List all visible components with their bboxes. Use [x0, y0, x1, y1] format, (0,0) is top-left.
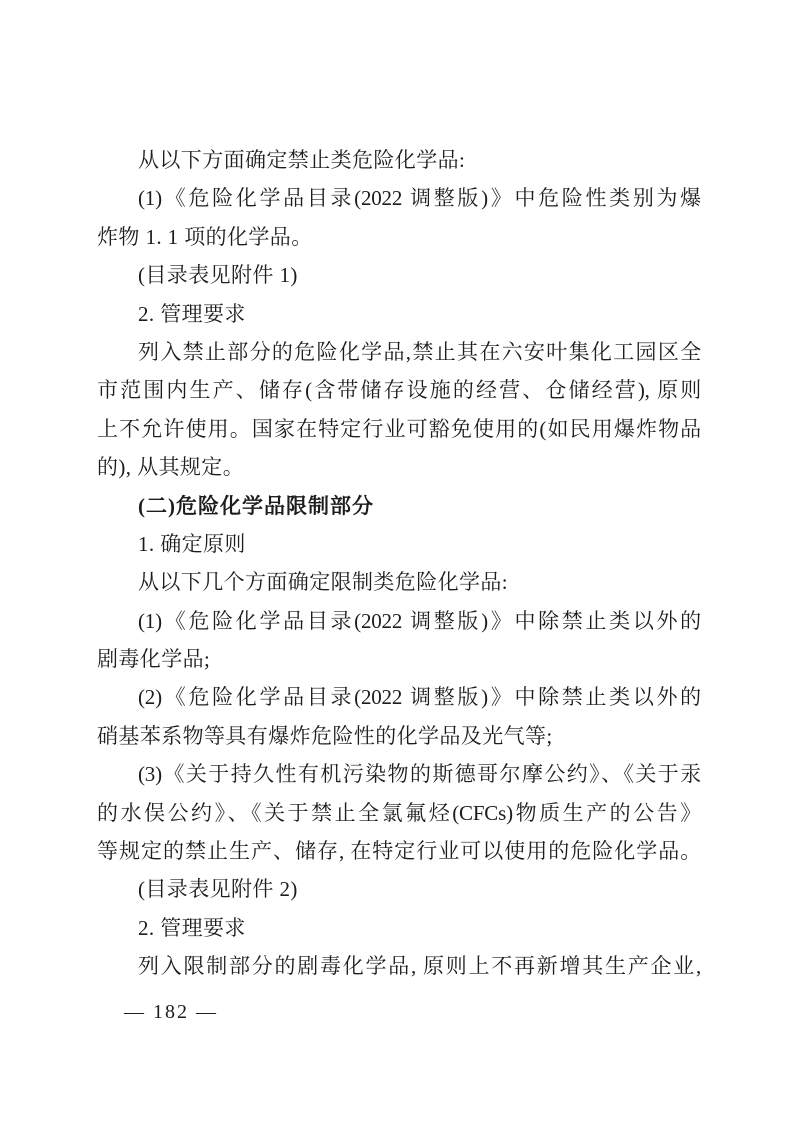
text-line: 列入禁止部分的危险化学品,禁止其在六安叶集化工园区全	[97, 333, 701, 371]
text-line: 等规定的禁止生产、储存, 在特定行业可以使用的危险化学品。	[97, 832, 701, 870]
text-line: 从以下几个方面确定限制类危险化学品:	[97, 563, 701, 601]
document-body: 从以下方面确定禁止类危险化学品: (1)《危险化学品目录(2022 调整版)》中…	[97, 141, 701, 986]
text-line: 的), 从其规定。	[97, 448, 701, 486]
text-line: 市范围内生产、储存(含带储存设施的经营、仓储经营), 原则	[97, 371, 701, 409]
text-line: (目录表见附件 2)	[97, 870, 701, 908]
text-line: (1)《危险化学品目录(2022 调整版)》中危险性类别为爆	[97, 179, 701, 217]
list-item-heading: 2. 管理要求	[97, 909, 701, 947]
text-line: (1)《危险化学品目录(2022 调整版)》中除禁止类以外的	[97, 602, 701, 640]
text-line: (2)《危险化学品目录(2022 调整版)》中除禁止类以外的	[97, 678, 701, 716]
list-item-heading: 1. 确定原则	[97, 525, 701, 563]
text-line: (目录表见附件 1)	[97, 256, 701, 294]
page-number: — 182 —	[124, 997, 218, 1027]
text-line: 列入限制部分的剧毒化学品, 原则上不再新增其生产企业,	[97, 947, 701, 985]
text-line: 硝基苯系物等具有爆炸危险性的化学品及光气等;	[97, 717, 701, 755]
list-item-heading: 2. 管理要求	[97, 295, 701, 333]
text-line: 上不允许使用。国家在特定行业可豁免使用的(如民用爆炸物品	[97, 410, 701, 448]
text-line: 炸物 1. 1 项的化学品。	[97, 218, 701, 256]
section-heading: (二)危险化学品限制部分	[97, 487, 701, 525]
text-line: 剧毒化学品;	[97, 640, 701, 678]
text-line: 从以下方面确定禁止类危险化学品:	[97, 141, 701, 179]
text-line: 的水俣公约》、《关于禁止全氯氟烃(CFCs)物质生产的公告》	[97, 794, 701, 832]
document-page: 从以下方面确定禁止类危险化学品: (1)《危险化学品目录(2022 调整版)》中…	[0, 0, 794, 1122]
text-line: (3)《关于持久性有机污染物的斯德哥尔摩公约》、《关于汞	[97, 755, 701, 793]
